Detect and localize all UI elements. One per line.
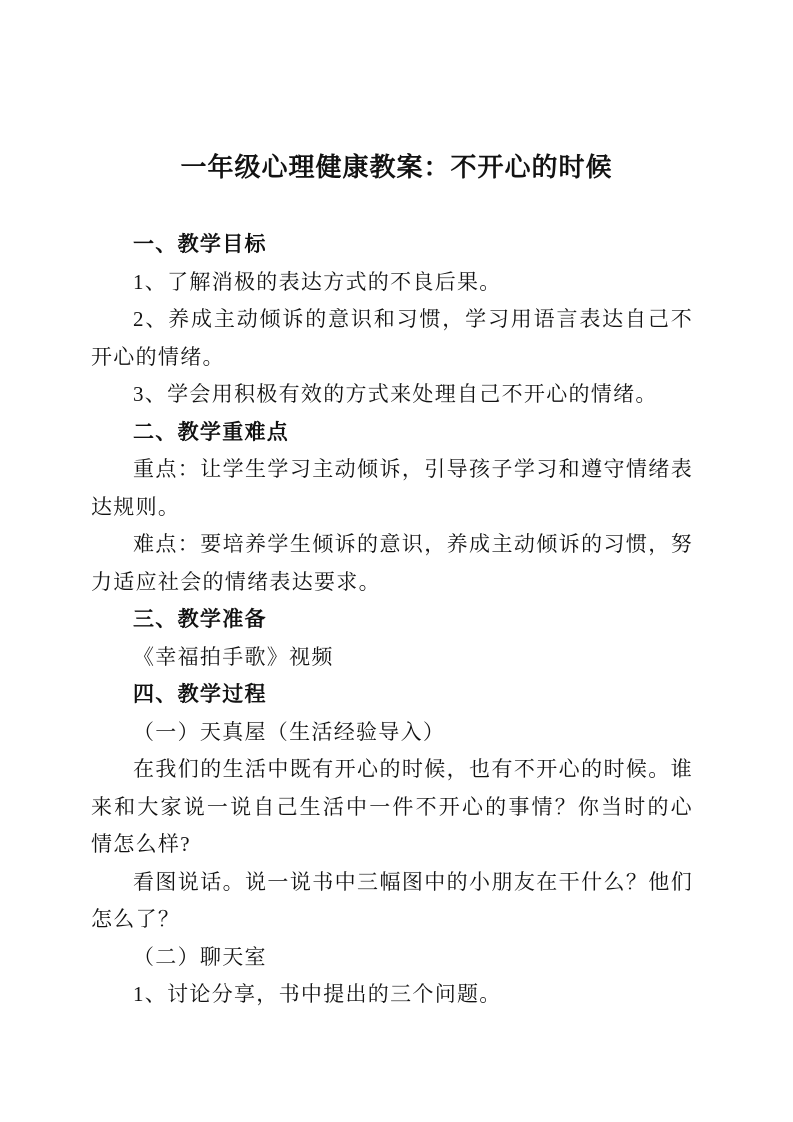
document-title: 一年级心理健康教案：不开心的时候 (0, 148, 793, 188)
paragraph: 看图说话。说一说书中三幅图中的小朋友在干什么？他们怎么了？ (91, 864, 693, 939)
section-heading: 三、教学准备 (91, 601, 693, 639)
section-heading: 二、教学重难点 (91, 414, 693, 452)
title-body-spacer (0, 188, 793, 226)
section-heading: 一、教学目标 (91, 226, 693, 264)
document-page: 一年级心理健康教案：不开心的时候 一、教学目标1、了解消极的表达方式的不良后果。… (0, 0, 793, 1122)
paragraph: 难点：要培养学生倾诉的意识，养成主动倾诉的习惯，努力适应社会的情绪表达要求。 (91, 526, 693, 601)
section-heading: 四、教学过程 (91, 676, 693, 714)
paragraph: （一）天真屋（生活经验导入） (91, 714, 693, 752)
paragraph: 2、养成主动倾诉的意识和习惯，学习用语言表达自己不开心的情绪。 (91, 301, 693, 376)
paragraph: 重点：让学生学习主动倾诉，引导孩子学习和遵守情绪表达规则。 (91, 451, 693, 526)
document-body: 一、教学目标1、了解消极的表达方式的不良后果。2、养成主动倾诉的意识和习惯，学习… (91, 226, 693, 1014)
paragraph: 1、讨论分享，书中提出的三个问题。 (91, 976, 693, 1014)
paragraph: （二）聊天室 (91, 939, 693, 977)
paragraph: 《幸福拍手歌》视频 (91, 639, 693, 677)
paragraph: 1、了解消极的表达方式的不良后果。 (91, 264, 693, 302)
paragraph: 3、学会用积极有效的方式来处理自己不开心的情绪。 (91, 376, 693, 414)
paragraph: 在我们的生活中既有开心的时候，也有不开心的时候。谁来和大家说一说自己生活中一件不… (91, 751, 693, 864)
